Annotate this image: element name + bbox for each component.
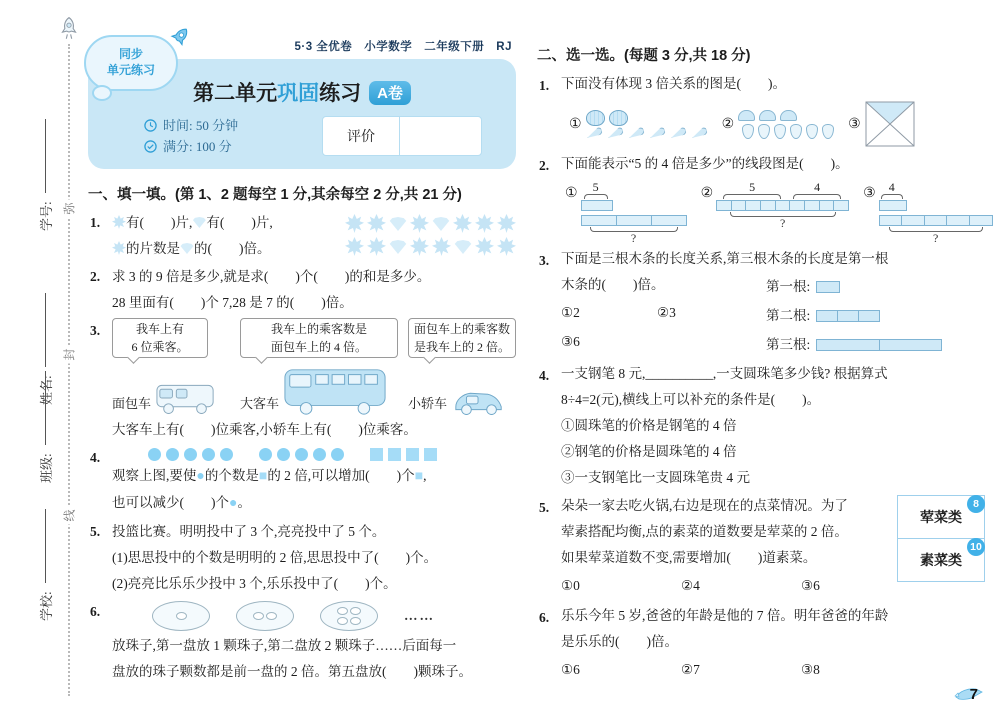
question-number: 4. — [90, 445, 100, 471]
ginkgo-leaf-icon — [180, 243, 194, 254]
blank-line — [45, 509, 46, 583]
seal-dotted-line — [68, 44, 70, 696]
bead-icon — [350, 617, 361, 625]
question-s2-6: 6. 乐乐今年 5 岁,爸爸的年龄是他的 7 倍。明年爸爸的年龄 是乐乐的( )… — [537, 603, 979, 685]
maple-leaf-icon — [112, 215, 126, 229]
ginkgo-leaf-icon — [432, 217, 450, 231]
blue-circle-icon — [259, 448, 272, 461]
ginkgo-leaf-icon — [389, 217, 407, 231]
option-1: ①圆珠笔的价格是钢笔的 4 倍 — [561, 413, 979, 439]
gourd-icon — [774, 124, 786, 139]
van-speech-bubble: 我车上有 6 位乘客。 — [112, 318, 208, 358]
maple-leaf-icon — [367, 214, 386, 233]
maple-leaf-icon — [475, 237, 494, 256]
bead-icon — [350, 607, 361, 615]
sync-practice-cloud: 同步 单元练习 — [84, 35, 184, 97]
cloud-line2: 单元练习 — [107, 63, 155, 79]
option-2: ②7 — [681, 655, 801, 685]
ginkgo-leaf-icon — [454, 240, 472, 254]
evaluation-blank-cell — [399, 117, 481, 155]
carrot-icon — [689, 126, 708, 142]
blue-circle-icon — [331, 448, 344, 461]
question-number: 6. — [90, 599, 100, 625]
ginkgo-leaf-icon — [389, 240, 407, 254]
maple-leaf-icon — [475, 214, 494, 233]
blue-circle-icon — [184, 448, 197, 461]
maple-leaf-icon — [497, 237, 516, 256]
question-number: 6. — [539, 603, 549, 632]
question-s1-3: 3. 我车上有 6 位乘客。 面包车 — [88, 318, 516, 443]
maple-leaf-icon — [410, 237, 429, 256]
ginkgo-leaf-icon — [192, 217, 206, 228]
blue-circle-icon — [202, 448, 215, 461]
carrot-icon — [647, 126, 666, 142]
van-label: 面包车 — [112, 391, 151, 417]
blue-circle-icon — [220, 448, 233, 461]
bead-icon — [266, 612, 277, 620]
leaves-figure — [345, 210, 516, 262]
car-speech-bubble: 面包车上的乘客数 是我车上的 2 倍。 — [408, 318, 516, 358]
segment-diagram-1: ① 5 ? — [565, 179, 687, 244]
stick-3: 第三根: — [766, 330, 979, 359]
class-label: 班级: — [35, 333, 55, 483]
cloud-line1: 同步 — [119, 47, 143, 63]
veggie-dishes-row: 素菜类 10 — [898, 538, 984, 581]
question-number: 4. — [539, 361, 549, 390]
section2-heading: 二、选一选。(每题 3 分,共 18 分) — [537, 44, 979, 65]
option-1: ①6 — [561, 655, 681, 685]
header-card: 同步 单元练习 第二单元巩固练习A卷 时间: 50 分钟 — [88, 59, 516, 169]
ellipsis-dots: …… — [404, 603, 435, 629]
stick-1: 第一根: — [766, 272, 979, 301]
blue-circle-icon — [166, 448, 179, 461]
option-2: ②钢笔的价格是圆珠笔的 4 倍 — [561, 439, 979, 465]
car-label: 小轿车 — [408, 391, 447, 417]
question-number: 3. — [90, 318, 100, 344]
car-icon — [451, 383, 507, 417]
question-number: 5. — [539, 493, 549, 522]
question-s2-4: 4. 一支钢笔 8 元,__________,一支圆珠笔多少钱? 根据算式 8÷… — [537, 361, 979, 491]
blank-line — [45, 371, 46, 445]
blue-square-icon — [388, 448, 401, 461]
cap-icon — [759, 110, 776, 121]
question-number: 5. — [90, 519, 100, 545]
gourd-icon — [806, 124, 818, 139]
meat-count-badge: 8 — [967, 495, 985, 513]
question-s1-2: 2. 求 3 的 9 倍是多少,就是求( )个( )的和是多少。 28 里面有(… — [88, 264, 516, 316]
maple-leaf-icon — [112, 241, 126, 255]
bead-icon — [337, 617, 348, 625]
check-circle-icon — [144, 140, 157, 153]
pumpkin-icon — [609, 110, 628, 126]
bead-icon — [176, 612, 187, 620]
question-s1-6: 6. …… 放珠子,第一盘放 1 颗珠子,第二盘放 2 颗珠子……后面每一 盘放… — [88, 599, 516, 685]
blue-circle-icon — [277, 448, 290, 461]
option-3: ③6 — [561, 334, 580, 349]
blue-square-icon: ■ — [415, 469, 423, 484]
question-number: 2. — [539, 151, 549, 180]
dish-menu-table: 荤菜类 8 素菜类 10 — [897, 495, 985, 582]
segment-diagram-3: ③ 4 ? — [863, 179, 993, 244]
plate — [236, 601, 294, 631]
carrot-icon — [605, 126, 624, 142]
time-limit: 时间: 50 分钟 — [144, 115, 322, 136]
blue-circle-icon — [313, 448, 326, 461]
option-2: ②4 — [681, 571, 801, 601]
veggie-count-badge: 10 — [967, 538, 985, 556]
question-s2-2: 2. 下面能表示“5 的 4 倍是多少”的线段图是( )。 ① 5 ? — [537, 151, 979, 244]
student-id-label: 学号: — [35, 81, 55, 231]
blue-square-icon — [406, 448, 419, 461]
gourd-icon — [742, 124, 754, 139]
seal-char: 弥 — [59, 200, 80, 218]
blank-line — [45, 119, 46, 193]
option-2: ②3 — [657, 298, 676, 327]
option1-pumpkins-carrots-figure: ① — [569, 110, 708, 139]
gourd-icon — [758, 124, 770, 139]
question-s1-1: 1. 有( )片,有( )片, 的片数是的( )倍。 — [88, 210, 516, 262]
cap-icon — [738, 110, 755, 121]
question-number: 1. — [90, 210, 100, 236]
pumpkin-icon — [586, 110, 605, 126]
carrot-icon — [668, 126, 687, 142]
maple-leaf-icon — [453, 214, 472, 233]
clock-icon — [144, 119, 157, 132]
rocket-icon — [954, 683, 984, 705]
question-number: 1. — [539, 71, 549, 100]
question-s2-3: 3. 下面是三根木条的长度关系,第三根木条的长度是第一根 木条的( )倍。 ①2… — [537, 246, 979, 359]
gourd-icon — [790, 124, 802, 139]
plate — [152, 601, 210, 631]
bus-icon — [283, 365, 387, 417]
option3-envelope-figure: ③ — [848, 101, 915, 147]
option-1: ①2 — [561, 298, 657, 327]
question-s1-4: 4. 观察上图,要使●的个数是■的 2 倍,可以增加( )个■, 也可以减少( … — [88, 445, 516, 517]
maple-leaf-icon — [432, 237, 451, 256]
question-s2-5: 5. 朵朵一家去吃火锅,右边是现在的点菜情况。为了 荤素搭配均衡,点的素菜的道数… — [537, 493, 979, 601]
crossed-square-icon — [865, 101, 915, 147]
cloud-bump — [92, 85, 112, 101]
section1-heading: 一、填一填。(第 1、2 题每空 1 分,其余每空 2 分,共 21 分) — [88, 183, 516, 204]
bus-speech-bubble: 我车上的乘客数是 面包车上的 4 倍。 — [240, 318, 398, 358]
question-number: 2. — [90, 264, 100, 290]
full-score: 满分: 100 分 — [144, 136, 322, 157]
question-s1-5: 5. 投篮比赛。明明投中了 3 个,亮亮投中了 5 个。 (1)思思投中的个数是… — [88, 519, 516, 597]
maple-leaf-icon — [497, 214, 516, 233]
option-3: ③8 — [801, 655, 979, 685]
option2-caps-gourds-figure: ② — [722, 110, 835, 139]
segment-diagram-2: ② 5 4 ? — [701, 179, 850, 244]
maple-leaf-icon — [410, 214, 429, 233]
option-3: ③一支钢笔比一支圆珠笔贵 4 元 — [561, 465, 979, 491]
circles-squares-figure — [112, 445, 516, 463]
evaluation-box: 评价 — [322, 116, 482, 156]
bead-icon — [253, 612, 264, 620]
carrot-icon — [626, 126, 645, 142]
page-number: 7 — [970, 686, 978, 703]
carrot-icon — [584, 126, 603, 142]
blue-circle-icon: ● — [196, 469, 204, 484]
evaluation-label: 评价 — [323, 126, 399, 146]
maple-leaf-icon — [345, 214, 364, 233]
question-s2-1: 1. 下面没有体现 3 倍关系的图是( )。 ① ② ③ — [537, 71, 979, 147]
stick-2: 第二根: — [766, 301, 979, 330]
bus-label: 大客车 — [240, 391, 279, 417]
blue-circle-icon — [295, 448, 308, 461]
school-label: 学校: — [35, 471, 55, 621]
bead-icon — [337, 607, 348, 615]
paper-a-badge: A卷 — [369, 81, 411, 105]
blue-circle-icon — [148, 448, 161, 461]
van-icon — [155, 379, 217, 417]
gourd-icon — [822, 124, 834, 139]
blue-square-icon — [424, 448, 437, 461]
option-1: ①0 — [561, 571, 681, 601]
title-highlight: 巩固 — [277, 82, 319, 105]
cap-icon — [780, 110, 797, 121]
worksheet-page: 弥 封 线 学号: 姓名: 班级: 学校: 5·3 全优卷 小学数学 二年级下册… — [0, 0, 1000, 719]
blue-square-icon — [370, 448, 383, 461]
rocket-icon — [56, 16, 82, 42]
seal-char: 线 — [59, 507, 80, 525]
seal-char: 封 — [59, 346, 80, 364]
maple-leaf-icon — [345, 237, 364, 256]
plate — [320, 601, 378, 631]
meat-dishes-row: 荤菜类 8 — [898, 496, 984, 538]
plates-figure: …… — [112, 599, 516, 633]
page-footer: 7 — [954, 683, 978, 705]
maple-leaf-icon — [367, 237, 386, 256]
question-number: 3. — [539, 246, 549, 275]
